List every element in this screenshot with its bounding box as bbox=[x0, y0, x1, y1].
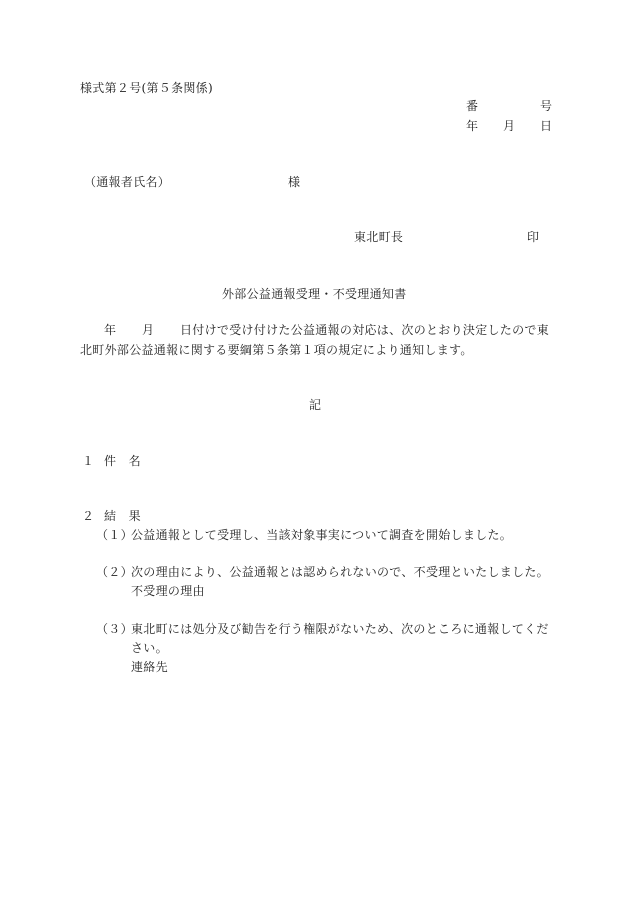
date-day: 日 bbox=[540, 120, 552, 132]
document-title: 外部公益通報受理・不受理通知書 bbox=[222, 288, 407, 300]
result-option-1-text: 公益通報として受理し、当該対象事実について調査を開始しました。 bbox=[131, 529, 512, 541]
seal-mark: 印 bbox=[527, 231, 539, 243]
result-option-3-number: （３） bbox=[96, 623, 133, 635]
item-2-number: ２ bbox=[82, 510, 94, 522]
ki-heading: 記 bbox=[309, 399, 321, 411]
date-year: 年 bbox=[466, 120, 478, 132]
result-option-3-text-line1: 東北町には処分及び勧告を行う権限がないため、次のところに通報してくだ bbox=[131, 623, 549, 635]
form-label: 様式第２号(第５条関係) bbox=[80, 82, 213, 94]
result-option-2-text: 次の理由により、公益通報とは認められないので、不受理といたしました。 bbox=[131, 566, 549, 578]
body-line2: 北町外部公益通報に関する要綱第５条第１項の規定により通知します。 bbox=[80, 344, 473, 356]
body-year: 年 bbox=[104, 324, 116, 336]
contact-label: 連絡先 bbox=[131, 661, 168, 673]
rejection-reason-label: 不受理の理由 bbox=[131, 585, 205, 597]
number-prefix: 番 bbox=[466, 100, 478, 112]
item-1-label: 件 名 bbox=[104, 455, 141, 467]
result-option-2-number: （２） bbox=[96, 566, 133, 578]
body-line1: 日付けで受け付けた公益通報の対応は、次のとおり決定したので東 bbox=[180, 324, 549, 336]
recipient-label: （通報者氏名） bbox=[84, 176, 170, 188]
number-suffix: 号 bbox=[540, 100, 552, 112]
result-option-3-text-line2: さい。 bbox=[131, 642, 168, 654]
result-option-1-number: （１） bbox=[96, 529, 133, 541]
body-month: 月 bbox=[142, 324, 154, 336]
item-2-label: 結 果 bbox=[104, 510, 141, 522]
date-month: 月 bbox=[503, 120, 515, 132]
sender-name: 東北町長 bbox=[354, 231, 403, 243]
recipient-honorific: 様 bbox=[288, 176, 300, 188]
item-1-number: １ bbox=[82, 455, 94, 467]
